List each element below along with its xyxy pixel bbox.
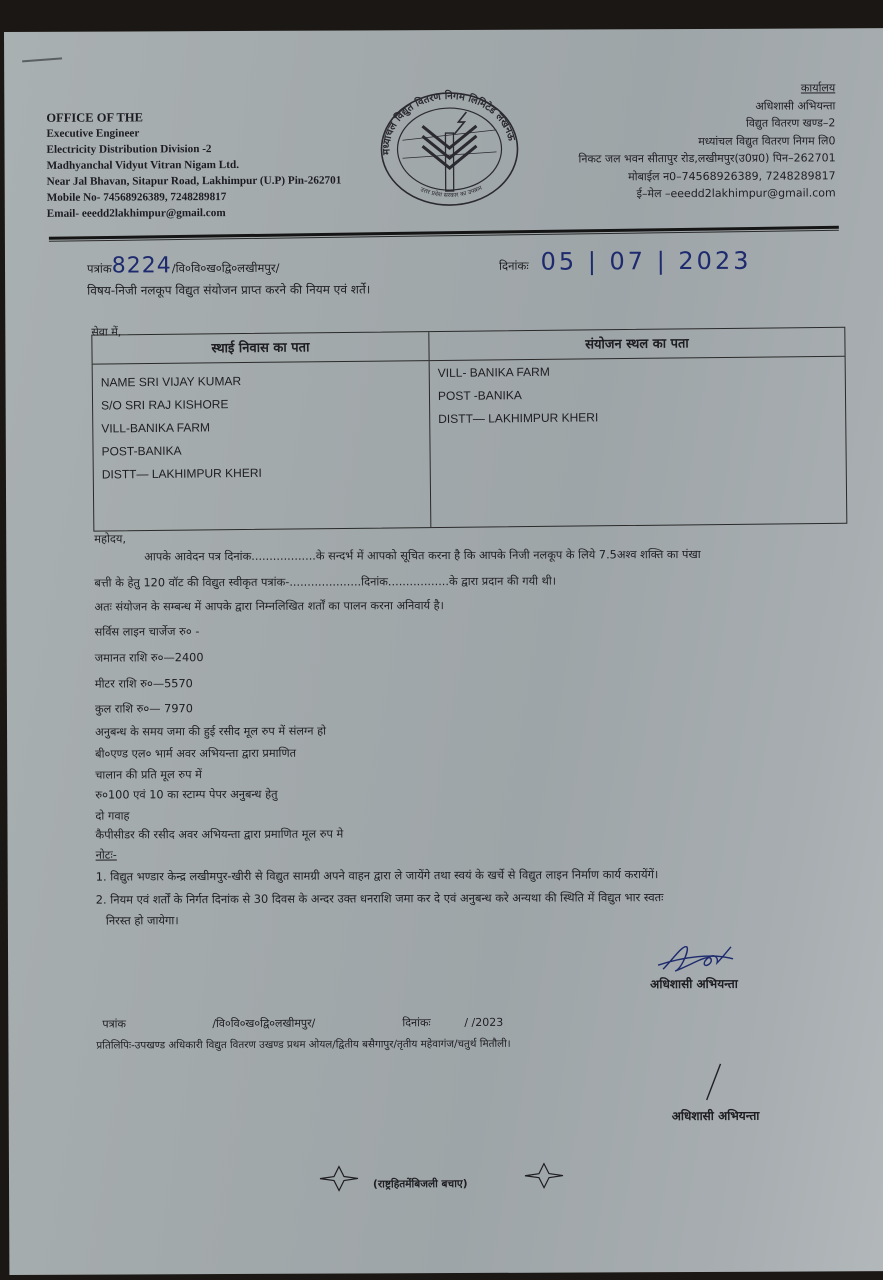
charge-line: कुल राशि रु०— 7970 (95, 701, 193, 716)
address-line: S/O SRI RAJ KISHORE (101, 392, 421, 418)
requirement-line: अनुबन्ध के समय जमा की हुई रसीद मूल रुप म… (95, 724, 326, 740)
footer-date-label: दिनांकः (402, 1015, 464, 1030)
pen-mark (22, 57, 62, 62)
handwritten-ref-number: 8224 (112, 253, 172, 278)
requirement-line: कैपीसीडर की रसीद अवर अभियन्ता द्वारा प्र… (95, 827, 343, 843)
permanent-address-column: स्थाई निवास का पता NAME SRI VIJAY KUMAR … (92, 332, 431, 531)
footer-reference: पत्रांक/वि०वि०ख०द्वि०लखीमपुर/दिनांकः/ /2… (102, 1015, 503, 1032)
copy-to-line: प्रतिलिपिः-उपखण्ड अधिकारी विद्युत वितरण … (96, 1037, 510, 1053)
address-line: NAME SRI VIJAY KUMAR (101, 369, 421, 395)
signature-icon (653, 939, 743, 979)
greeting: महोदय, (94, 531, 126, 546)
charge-line: सर्विस लाइन चार्जेज रु० - (95, 624, 200, 639)
note-item: 1. विद्युत भण्डार केन्द्र लखीमपुर-खीरी स… (96, 867, 659, 884)
connection-address-header: संयोजन स्थल का पता (429, 328, 844, 361)
note-item: 2. नियम एवं शर्तों के निर्गत दिनांक से 3… (96, 890, 664, 907)
letterhead-line: निकट जल भवन सीतापुर रोड,लखीमपुर(उ0प्र0) … (578, 149, 835, 168)
letterhead-hindi: कार्यालय अधिशासी अभियन्ता विद्युत वितरण … (578, 79, 836, 203)
reference-suffix: /वि०वि०ख०द्वि०लखीमपुर/ (172, 261, 280, 275)
letterhead-line: ई–मेल –eeedd2lakhimpur@gmail.com (579, 184, 836, 203)
letterhead-english: OFFICE OF THE Executive Engineer Electri… (46, 109, 341, 222)
date-label: दिनांकः (499, 259, 529, 273)
header-divider (49, 226, 839, 240)
body-paragraph-line: अतः संयोजन के सम्बन्ध में आपके द्वारा नि… (94, 598, 443, 615)
address-line: POST-BANIKA (101, 438, 421, 464)
body-paragraph-line: आपके आवेदन पत्र दिनांक..................… (144, 547, 700, 564)
footer-date-value: / /2023 (464, 1016, 503, 1029)
letter-page: OFFICE OF THE Executive Engineer Electri… (4, 28, 883, 1275)
footer-patrank-suffix: /वि०वि०ख०द्वि०लखीमपुर/ (212, 1015, 402, 1031)
requirement-line: दो गवाह (95, 808, 129, 823)
connection-address-column: संयोजन स्थल का पता VILL- BANIKA FARM POS… (429, 328, 846, 527)
signatory-title: अधिशासी अभियन्ता (672, 1107, 760, 1124)
body-paragraph-line: बत्ती के हेतु 120 वॉट की विद्युत स्वीकृत… (94, 574, 556, 591)
letterhead-line: Mobile No- 74568926389, 7248289817 (47, 189, 342, 206)
reference-label: पत्रांक (87, 262, 112, 276)
letterhead-line: मध्यांचल विद्युत वितरण निगम लि0 (578, 132, 835, 151)
signature-stroke-icon (699, 1062, 729, 1102)
letterhead-line: Electricity Distribution Division -2 (46, 141, 341, 158)
footer-patrank-label: पत्रांक (102, 1016, 212, 1031)
letterhead-line: अधिशासी अभियन्ता (578, 97, 835, 116)
letterhead-line: Executive Engineer (46, 125, 341, 142)
address-table: स्थाई निवास का पता NAME SRI VIJAY KUMAR … (91, 327, 847, 532)
address-line: DISTT— LAKHIMPUR KHERI (102, 461, 422, 487)
handwritten-date: 05 | 07 | 2023 (541, 247, 752, 276)
subject-line: विषय-निजी नलकूप विद्युत संयोजन प्राप्त क… (87, 280, 370, 298)
charge-line: मीटर राशि रु०—5570 (95, 676, 193, 691)
charge-line: जमानत राशि रु०—2400 (95, 650, 204, 665)
company-logo-icon: मध्यांचल विद्युत वितरण निगम लिमिटेड लखनऊ… (374, 88, 525, 211)
letterhead-line: Near Jal Bhavan, Sitapur Road, Lakhimpur… (47, 173, 342, 190)
letterhead-line: Madhyanchal Vidyut Vitran Nigam Ltd. (47, 157, 342, 174)
requirement-line: चालान की प्रति मूल रुप में (95, 767, 202, 782)
letterhead-line: Email- eeedd2lakhimpur@gmail.com (47, 205, 342, 222)
signatory-title: अधिशासी अभियन्ता (650, 975, 738, 992)
requirement-line: रु०100 एवं 10 का स्टाम्प पेपर अनुबन्ध हे… (95, 787, 277, 803)
note-item: निरस्त हो जायेगा। (106, 913, 179, 928)
office-title-hindi: कार्यालय (578, 79, 835, 98)
office-title: OFFICE OF THE (46, 109, 341, 126)
letterhead-line: विद्युत वितरण खण्ड–2 (578, 114, 835, 133)
note-label: नोटः- (96, 848, 117, 863)
requirement-line: बी०एण्ड एल० भार्म अवर अभियन्ता द्वारा प्… (95, 746, 296, 762)
four-point-star-icon (318, 1165, 360, 1191)
reference-number: पत्रांक8224/वि०वि०ख०द्वि०लखीमपुर/ (87, 253, 280, 279)
letter-date: दिनांकः05 | 07 | 2023 (499, 247, 752, 276)
address-line: VILL-BANIKA FARM (101, 415, 421, 441)
permanent-address-header: स्थाई निवास का पता (92, 332, 428, 365)
letterhead-line: मोबाईल न0–74568926389, 7248289817 (579, 167, 836, 186)
four-point-star-icon (523, 1163, 565, 1189)
address-line: DISTT— LAKHIMPUR KHERI (438, 405, 837, 432)
slogan: (राष्ट्रहितमेंबिजली बचाए) (373, 1177, 468, 1191)
